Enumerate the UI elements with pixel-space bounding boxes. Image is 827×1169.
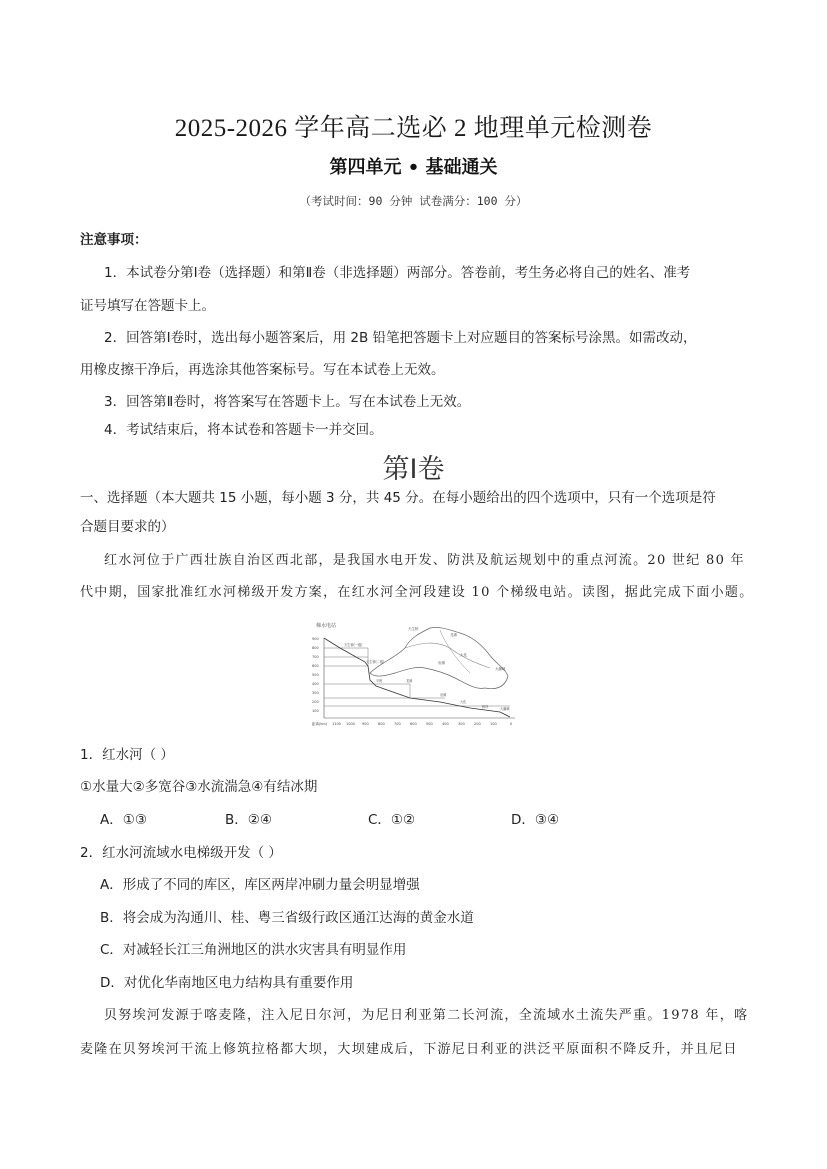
exam-title: 2025-2026 学年高二选必 2 地理单元检测卷 — [0, 108, 827, 144]
svg-text:600: 600 — [312, 664, 319, 668]
svg-text:大藤峡: 大藤峡 — [500, 706, 510, 711]
svg-text:800: 800 — [378, 722, 385, 726]
svg-text:天生桥: 天生桥 — [408, 626, 419, 631]
svg-text:龙滩: 龙滩 — [450, 632, 458, 637]
figure-caption: 梯水电站 — [316, 622, 336, 629]
svg-text:1100: 1100 — [332, 722, 341, 726]
svg-text:0: 0 — [510, 722, 512, 726]
note-2-line1: 2．回答第Ⅰ卷时，选出每小题答案后，用 2B 铅笔把答题卡上对应题目的答案标号涂… — [104, 326, 697, 346]
hydropower-cascade-figure: 梯水电站 天生桥 龙滩 岩滩 大化 大藤峡 900800700 60050040… — [310, 618, 520, 728]
svg-text:龙滩: 龙滩 — [406, 678, 413, 683]
svg-text:天生桥(二级): 天生桥(二级) — [366, 659, 384, 664]
passage1-line2: 代中期，国家批准红水河梯级开发方案，在红水河全河段建设 10 个梯级电站。读图，… — [80, 581, 754, 600]
svg-text:平班: 平班 — [376, 678, 383, 683]
svg-text:岩滩: 岩滩 — [440, 692, 447, 697]
passage2-line2: 麦隆在贝努埃河干流上修筑拉格都大坝，大坝建成后，下游尼日利亚的洪泛平原面积不降反… — [80, 1038, 738, 1057]
svg-text:600: 600 — [410, 722, 417, 726]
svg-text:200: 200 — [312, 700, 319, 704]
question-2-option-a[interactable]: A．形成了不同的库区，库区两岸冲刷力量会明显增强 — [100, 873, 420, 893]
section-instructions-line2: 合题目要求的） — [80, 515, 175, 535]
exam-info: （考试时间：90 分钟 试卷满分：100 分） — [0, 193, 827, 209]
question-2-option-b[interactable]: B．将会成为沟通川、桂、粤三省级行政区通江达海的黄金水道 — [100, 906, 474, 926]
svg-text:500: 500 — [312, 673, 319, 677]
note-4: 4．考试结束后，将本试卷和答题卡一并交回。 — [104, 418, 383, 438]
section-instructions-line1: 一、选择题（本大题共 15 小题，每小题 3 分，共 45 分。在每小题给出的四… — [80, 486, 716, 506]
svg-text:1000: 1000 — [346, 722, 355, 726]
svg-text:100: 100 — [312, 709, 319, 713]
svg-text:大化: 大化 — [460, 652, 468, 657]
note-1-line1: 1．本试卷分第Ⅰ卷（选择题）和第Ⅱ卷（非选择题）两部分。答卷前，考生务必将自己的… — [104, 261, 690, 281]
question-1-option-a[interactable]: A．①③ — [100, 808, 147, 828]
passage2-line1: 贝努埃河发源于喀麦隆，注入尼日尔河，为尼日利亚第二长河流，全流域水土流失严重。1… — [104, 1004, 748, 1023]
question-2-stem: 2．红水河流域水电梯级开发（ ） — [80, 841, 282, 861]
svg-text:300: 300 — [458, 722, 465, 726]
question-2-option-c[interactable]: C．对减轻长江三角洲地区的洪水灾害具有明显作用 — [100, 938, 406, 958]
svg-text:距离(km): 距离(km) — [312, 721, 328, 726]
svg-text:400: 400 — [312, 682, 319, 686]
svg-text:大藤峡: 大藤峡 — [495, 666, 506, 671]
svg-text:900: 900 — [362, 722, 369, 726]
note-1-line2: 证号填写在答题卡上。 — [80, 294, 215, 314]
unit-subtitle: 第四单元 • 基础通关 — [0, 153, 827, 179]
question-1-option-d[interactable]: D．③④ — [511, 808, 559, 828]
question-1-option-b[interactable]: B．②④ — [225, 808, 272, 828]
svg-text:200: 200 — [474, 722, 481, 726]
svg-text:桥巩: 桥巩 — [482, 704, 489, 709]
note-2-line2: 用橡皮擦干净后，再选涂其他答案标号。写在本试卷上无效。 — [80, 358, 445, 378]
svg-text:大化: 大化 — [460, 699, 467, 704]
svg-text:800: 800 — [312, 646, 319, 650]
svg-text:天生桥(一级): 天生桥(一级) — [344, 642, 362, 647]
notes-heading: 注意事项： — [80, 228, 148, 248]
svg-text:100: 100 — [490, 722, 497, 726]
question-1-option-c[interactable]: C．①② — [368, 808, 415, 828]
question-1-stem: 1．红水河（ ） — [80, 743, 174, 763]
svg-text:900: 900 — [312, 637, 319, 641]
svg-text:500: 500 — [426, 722, 433, 726]
svg-text:700: 700 — [394, 722, 401, 726]
svg-text:400: 400 — [442, 722, 449, 726]
note-3: 3．回答第Ⅱ卷时，将答案写在答题卡上。写在本试卷上无效。 — [104, 390, 470, 410]
svg-text:岩滩: 岩滩 — [438, 660, 446, 665]
question-2-option-d[interactable]: D．对优化华南地区电力结构具有重要作用 — [100, 971, 353, 991]
svg-text:700: 700 — [312, 655, 319, 659]
profile-map-graphic: 梯水电站 天生桥 龙滩 岩滩 大化 大藤峡 900800700 60050040… — [310, 618, 520, 728]
question-1-statements: ①水量大②多宽谷③水流湍急④有结冰期 — [80, 775, 317, 795]
svg-text:300: 300 — [312, 691, 319, 695]
passage1-line1: 红水河位于广西壮族自治区西北部，是我国水电开发、防洪及航运规划中的重点河流。20… — [104, 549, 745, 568]
volume-heading: 第Ⅰ卷 — [0, 447, 827, 486]
